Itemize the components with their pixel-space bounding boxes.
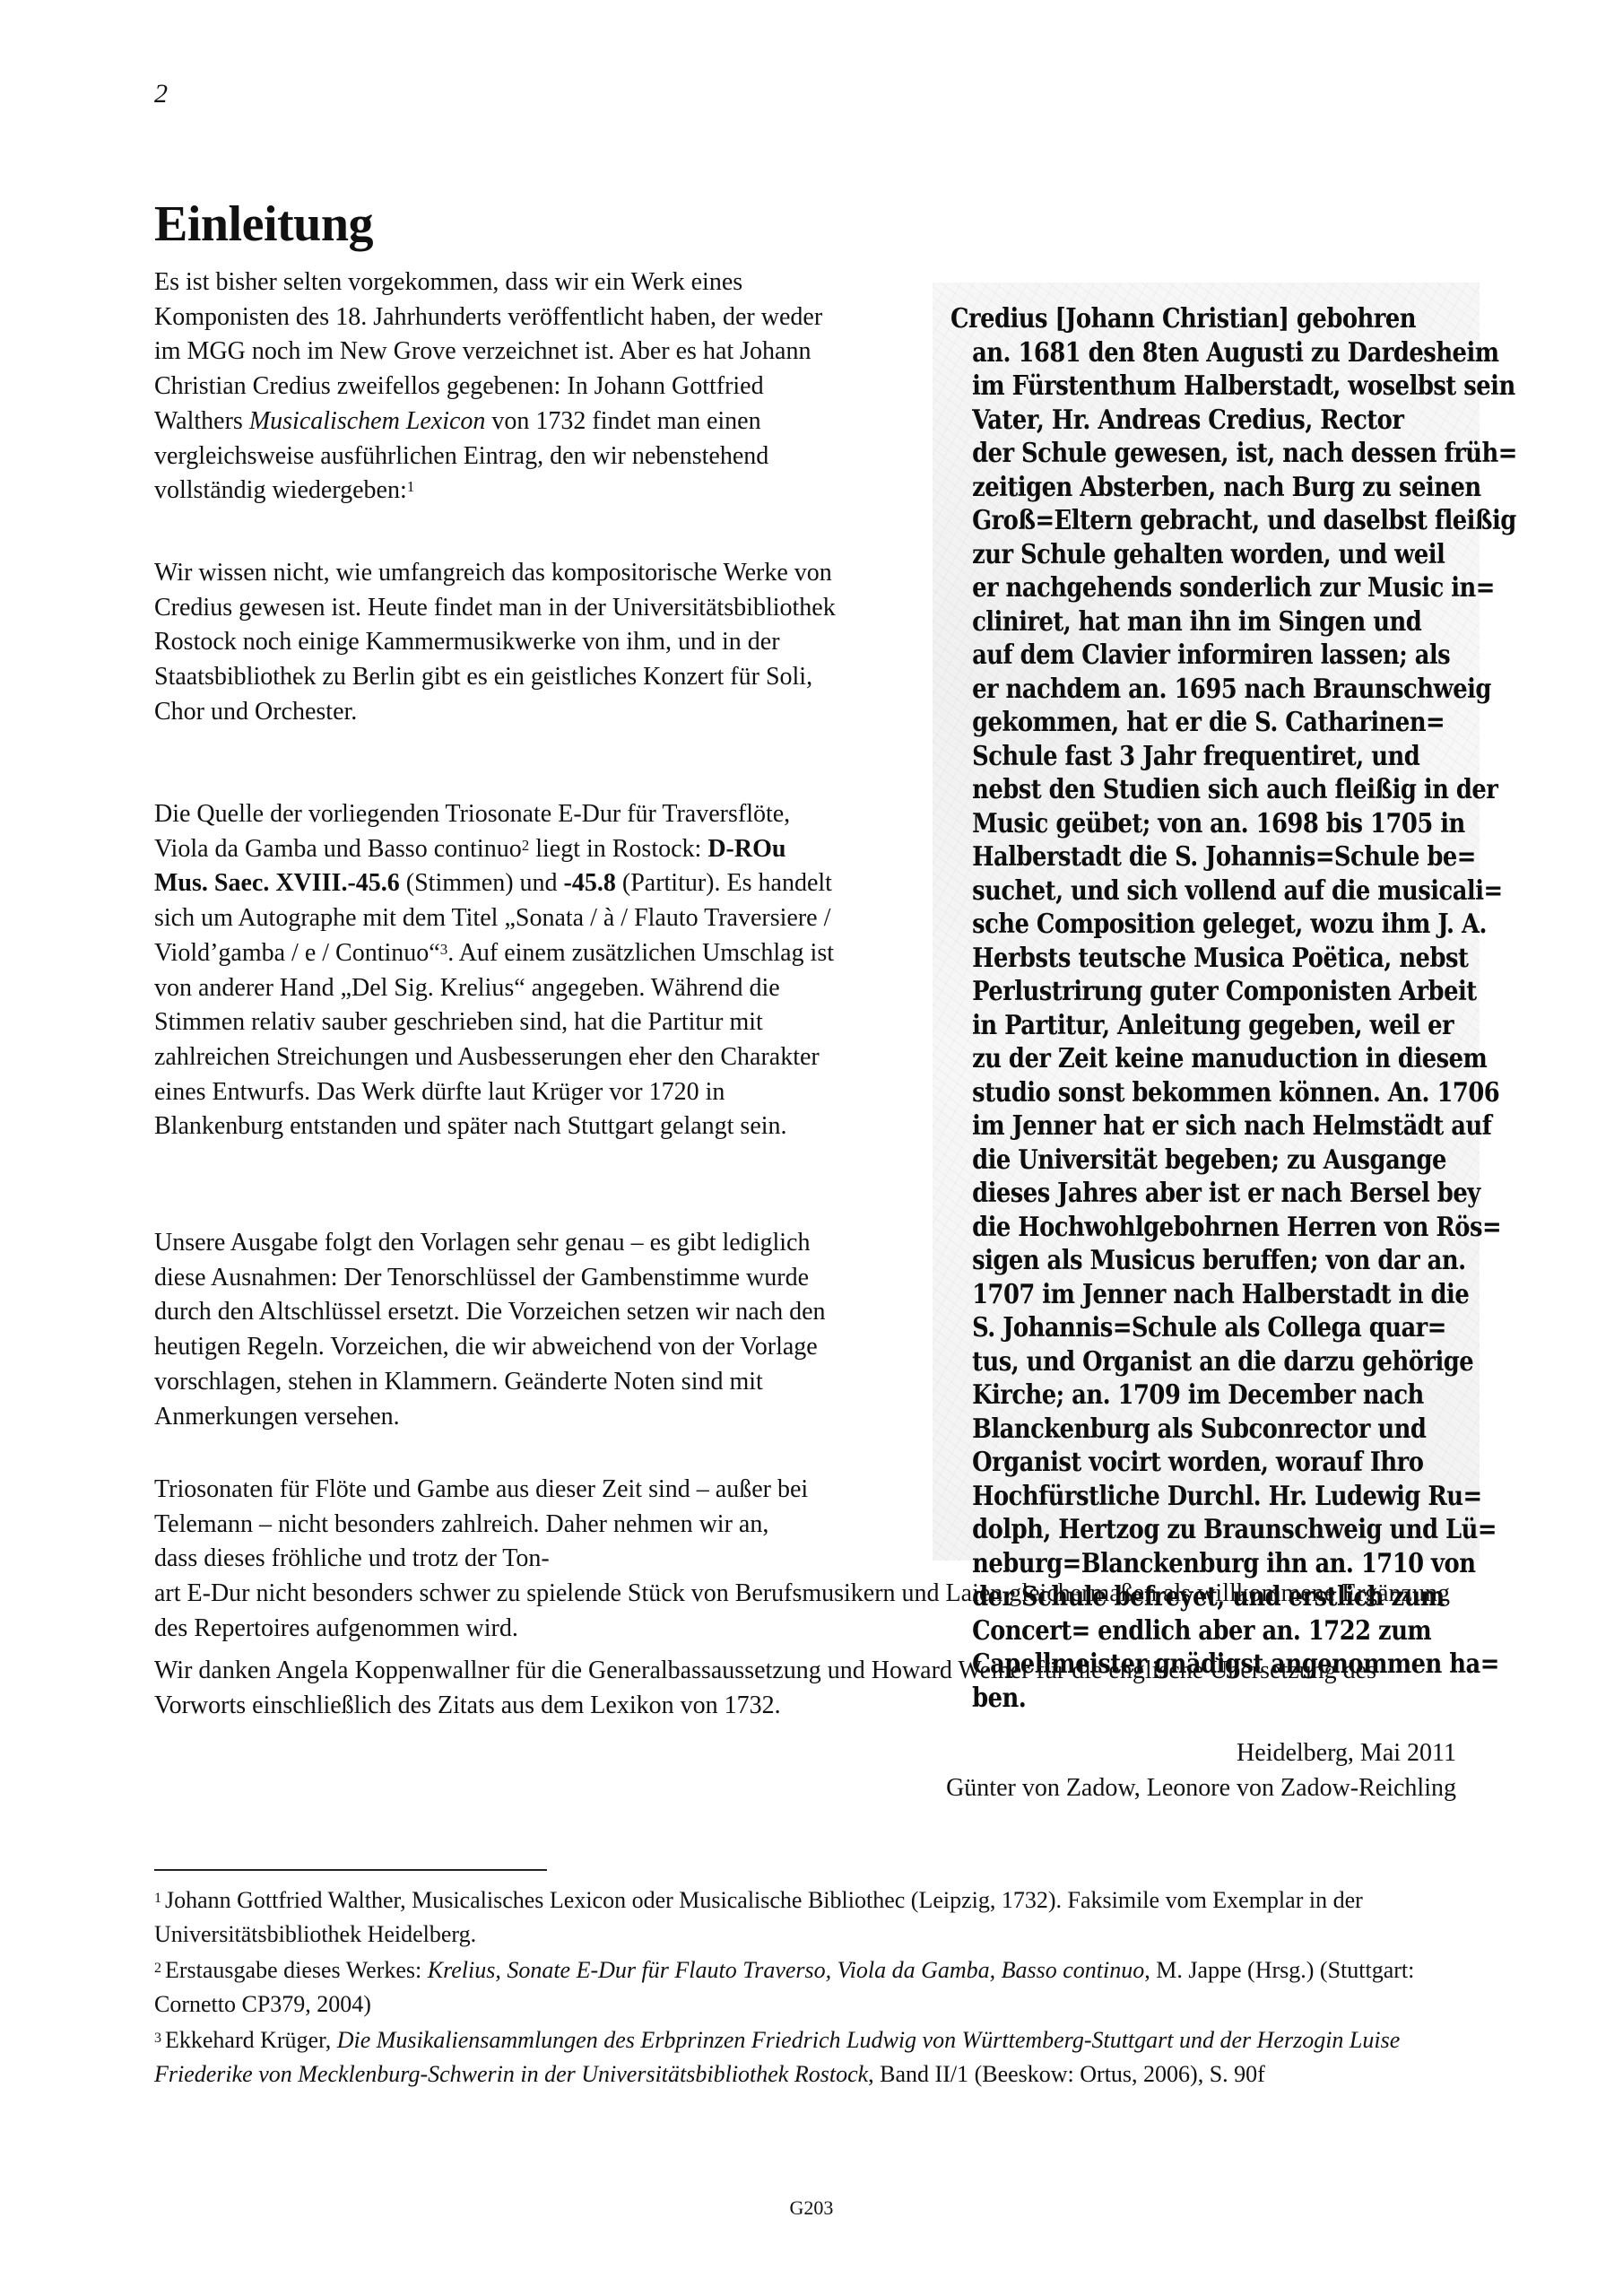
facsimile-line: neburg=Blanckenburg ihn an. 1710 von: [950, 1547, 1452, 1581]
facsimile-line: sche Composition geleget, wozu ihm J. A.: [950, 908, 1452, 942]
paragraph-triosonatas: Triosonaten für Flöte und Gambe aus dies…: [154, 1473, 818, 1577]
page-title: Einleitung: [154, 196, 373, 253]
facsimile-line: Music geübet; von an. 1698 bis 1705 in: [950, 807, 1452, 841]
facsimile-line: Organist vocirt worden, worauf Ihro: [950, 1446, 1452, 1480]
footnote-text: Johann Gottfried Walther, Musicalisches …: [154, 1887, 1363, 1947]
facsimile-line: in Partitur, Anleitung gegeben, weil er: [950, 1009, 1452, 1043]
paragraph-text: (Stimmen) und: [400, 869, 564, 897]
facsimile-line: auf dem Clavier informiren lassen; als: [950, 639, 1452, 673]
facsimile-line: Concert= endlich aber an. 1722 zum: [950, 1614, 1452, 1648]
facsimile-line: Kirche; an. 1709 im December nach: [950, 1378, 1452, 1413]
facsimile-line: Capellmeister gnädigst angenommen ha=: [950, 1648, 1452, 1682]
shelfmark-score: -45.8: [564, 869, 616, 897]
paragraph-source: Die Quelle der vorliegenden Triosonate E…: [154, 797, 836, 1144]
paragraph-works: Wir wissen nicht, wie umfangreich das ko…: [154, 556, 836, 730]
facsimile-line: nebst den Studien sich auch fleißig in d…: [950, 773, 1452, 807]
footnote-ref-1[interactable]: 1: [407, 478, 415, 495]
footnote-2: 2Erstausgabe dieses Werkes: Krelius, Son…: [154, 1953, 1463, 2022]
page-number: 2: [154, 79, 168, 109]
footnote-ref-2[interactable]: 2: [522, 837, 530, 854]
footnote-edition-title: Krelius, Sonate E-Dur für Flauto Travers…: [428, 1957, 1145, 1983]
facsimile-line: Credius [Johann Christian] gebohren: [950, 302, 1452, 336]
lexicon-title: Musicalischem Lexicon: [249, 407, 486, 435]
facsimile-line: Hochfürstliche Durchl. Hr. Ludewig Ru=: [950, 1480, 1452, 1514]
facsimile-line: der Schule gewesen, ist, nach dessen frü…: [950, 437, 1452, 471]
footnote-text: Ekkehard Krüger,: [165, 2027, 337, 2053]
facsimile-line: Vater, Hr. Andreas Credius, Rector: [950, 404, 1452, 438]
facsimile-line: tus, und Organist an die darzu gehörige: [950, 1345, 1452, 1379]
paragraph-intro: Es ist bisher selten vorgekommen, dass w…: [154, 265, 836, 509]
footnote-text: Erstausgabe dieses Werkes:: [165, 1957, 428, 1983]
facsimile-line: Groß=Eltern gebracht, und daselbst fleiß…: [950, 504, 1452, 538]
facsimile-line: der Schule befreyet, und erstlich zum: [950, 1580, 1452, 1614]
footnote-mark: 3: [154, 2031, 161, 2046]
facsimile-line: ben.: [950, 1682, 1452, 1716]
facsimile-line: Herbsts teutsche Musica Poëtica, nebst: [950, 942, 1452, 976]
facsimile-line: 1707 im Jenner nach Halberstadt in die: [950, 1278, 1452, 1312]
page-code: G203: [0, 2196, 1623, 2220]
footnote-mark: 1: [154, 1891, 161, 1906]
facsimile-line: im Fürstenthum Halberstadt, woselbst sei…: [950, 370, 1452, 404]
paragraph-text: . Auf einem zusätzlichen Umschlag ist vo…: [154, 939, 834, 1141]
facsimile-line: er nachdem an. 1695 nach Braunschweig: [950, 673, 1452, 707]
facsimile-line: im Jenner hat er sich nach Helmstädt auf: [950, 1109, 1452, 1144]
footnote-1: 1Johann Gottfried Walther, Musicalisches…: [154, 1883, 1463, 1952]
footnote-ref-3[interactable]: 3: [440, 941, 448, 958]
facsimile-line: gekommen, hat er die S. Catharinen=: [950, 706, 1452, 740]
facsimile-line: dieses Jahres aber ist er nach Bersel be…: [950, 1177, 1452, 1211]
facsimile-line: Blanckenburg als Subconrector und: [950, 1413, 1452, 1447]
facsimile-line: Halberstadt die S. Johannis=Schule be=: [950, 840, 1452, 874]
lexicon-facsimile-image: Credius [Johann Christian] gebohren an. …: [933, 283, 1480, 1561]
footnote-mark: 2: [154, 1961, 161, 1976]
signature-place-date: Heidelberg, Mai 2011: [1237, 1736, 1456, 1771]
facsimile-line: S. Johannis=Schule als Collega quar=: [950, 1311, 1452, 1345]
paragraph-edition: Unsere Ausgabe folgt den Vorlagen sehr g…: [154, 1226, 836, 1434]
facsimile-line: zeitigen Absterben, nach Burg zu seinen: [950, 471, 1452, 505]
facsimile-line: dolph, Hertzog zu Braunschweig und Lü=: [950, 1513, 1452, 1547]
facsimile-line: er nachgehends sonderlich zur Music in=: [950, 571, 1452, 605]
facsimile-line: suchet, und sich vollend auf die musical…: [950, 874, 1452, 909]
footnote-3: 3Ekkehard Krüger, Die Musikaliensammlung…: [154, 2023, 1463, 2092]
footnote-text: , Band II/1 (Beeskow: Ortus, 2006), S. 9…: [868, 2061, 1265, 2087]
facsimile-text: Credius [Johann Christian] gebohren an. …: [950, 302, 1452, 1715]
facsimile-line: Perlustrirung guter Componisten Arbeit: [950, 975, 1452, 1009]
facsimile-line: Schule fast 3 Jahr frequentiret, und: [950, 740, 1452, 774]
facsimile-line: studio sonst bekommen können. An. 1706: [950, 1076, 1452, 1110]
facsimile-line: zur Schule gehalten worden, und weil: [950, 538, 1452, 572]
signature-authors: Günter von Zadow, Leonore von Zadow-Reic…: [946, 1771, 1456, 1806]
facsimile-line: zu der Zeit keine manuduction in diesem: [950, 1042, 1452, 1076]
footnote-separator: [154, 1869, 547, 1871]
facsimile-line: die Universität begeben; zu Ausgange: [950, 1144, 1452, 1178]
facsimile-line: die Hochwohlgebohrnen Herren von Rös=: [950, 1211, 1452, 1245]
facsimile-line: an. 1681 den 8ten Augusti zu Dardesheim: [950, 336, 1452, 370]
paragraph-text: liegt in Rostock:: [529, 835, 707, 863]
facsimile-line: sigen als Musicus beruffen; von dar an.: [950, 1244, 1452, 1278]
facsimile-line: cliniret, hat man ihn im Singen und: [950, 605, 1452, 639]
